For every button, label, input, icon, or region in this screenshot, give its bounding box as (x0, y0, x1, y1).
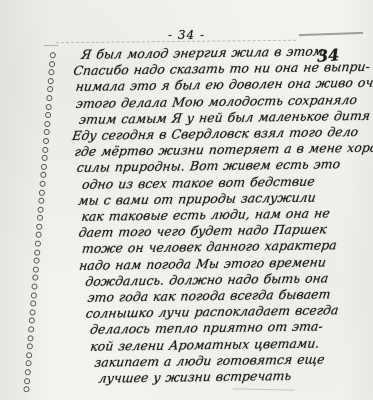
punch-hole (35, 232, 41, 238)
punch-hole (37, 215, 43, 221)
manuscript-text-block: Я был молод энергия жила в этом Спасибо … (70, 43, 370, 387)
punch-hole (31, 283, 37, 289)
punch-hole (27, 335, 33, 341)
punch-hole (44, 121, 50, 127)
manuscript-line: лучшее у жизни встречать (98, 367, 372, 387)
punch-hole (29, 318, 35, 324)
binding-holes (23, 52, 56, 395)
punch-hole (40, 172, 46, 178)
punch-hole (30, 300, 36, 306)
punch-hole (48, 78, 54, 84)
punch-hole (45, 112, 51, 118)
punch-hole (32, 275, 38, 281)
punch-hole (39, 189, 45, 195)
punch-hole (47, 86, 53, 92)
punch-hole (35, 240, 41, 246)
punch-hole (33, 258, 39, 264)
manuscript-scan-page: - 34 - 34 Я был молод энергия жила в это… (0, 0, 373, 400)
punch-hole (28, 326, 34, 332)
punch-hole (25, 360, 31, 366)
punch-hole (49, 61, 55, 67)
punch-hole (48, 69, 54, 75)
punch-hole (45, 103, 51, 109)
punch-hole (37, 206, 43, 212)
punch-hole (24, 378, 30, 384)
punch-hole (50, 52, 56, 58)
punch-hole (38, 198, 44, 204)
punch-hole (46, 95, 52, 101)
punch-hole (26, 352, 32, 358)
punch-hole (34, 249, 40, 255)
scan-artifact-smudge (233, 388, 295, 390)
punch-hole (41, 155, 47, 161)
punch-hole (42, 146, 48, 152)
punch-hole (23, 386, 29, 392)
punch-hole (39, 181, 45, 187)
punch-hole (41, 163, 47, 169)
punch-hole (43, 138, 49, 144)
punch-hole (31, 292, 37, 298)
page-number-header: - 34 - (0, 28, 373, 42)
punch-hole (27, 343, 33, 349)
punch-hole (36, 223, 42, 229)
scan-artifact-mark (44, 45, 58, 46)
punch-hole (29, 309, 35, 315)
punch-hole (25, 369, 31, 375)
punch-hole (43, 129, 49, 135)
punch-hole (33, 266, 39, 272)
